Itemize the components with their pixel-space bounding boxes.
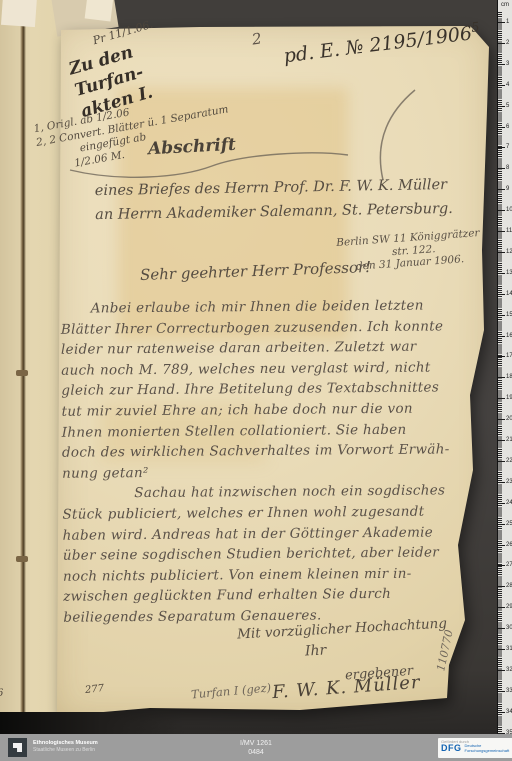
binding-stitch [16, 556, 28, 562]
body-line: doch des wirklichen Sachverhaltes im Vor… [62, 439, 464, 463]
ruler-cm-number: 20 [506, 416, 512, 422]
ruler-cm-tick [498, 189, 505, 190]
ruler-cm-number: 13 [506, 270, 512, 276]
ruler-cm-tick [498, 210, 505, 211]
ruler-cm-number: 15 [506, 312, 512, 318]
ruler-cm-tick [498, 545, 505, 546]
ruler-cm-number: 29 [506, 604, 512, 610]
ruler-cm-tick [498, 419, 505, 420]
ruler-cm-number: 24 [506, 500, 512, 506]
ruler-cm-tick [498, 356, 505, 357]
ruler-unit-label: cm [501, 2, 509, 8]
ruler-cm-tick [498, 440, 505, 441]
binding-stitch [16, 370, 28, 376]
ruler-cm-tick [498, 315, 505, 316]
tape-fragment [85, 0, 114, 21]
ruler-cm-tick [498, 565, 505, 566]
ruler-cm-tick [498, 64, 505, 65]
pencil-page-number: 2 [251, 29, 263, 48]
paragraph-2: Sachau hat inzwischen noch ein sogdische… [62, 481, 465, 629]
ruler-cm-tick [498, 607, 505, 608]
ruler-cm-tick [498, 586, 505, 587]
ruler-cm-tick [498, 628, 505, 629]
book-edge-shadow [0, 712, 185, 736]
ruler-cm-tick [498, 524, 505, 525]
dfg-acronym: DFG [441, 744, 462, 753]
ruler-cm-number: 28 [506, 583, 512, 589]
ruler-cm-number: 22 [506, 458, 512, 464]
ruler-cm-tick [498, 670, 505, 671]
ruler-cm-number: 8 [506, 165, 509, 171]
ruler-cm-tick [498, 482, 505, 483]
ruler-cm-number: 6 [506, 124, 509, 130]
ruler-cm-number: 34 [506, 709, 512, 715]
ruler-cm-number: 3 [506, 61, 509, 67]
closing-ihr: Ihr [305, 642, 327, 659]
shelfmark-line1: I/MV 1261 [0, 739, 512, 748]
body-line: Stück publiciert, welches er Ihnen wohl … [62, 501, 464, 525]
ruler-cm-number: 10 [506, 207, 512, 213]
ruler-cm-number: 2 [506, 40, 509, 46]
recipient-description: eines Briefes des Herrn Prof. Dr. F. W. … [95, 173, 453, 227]
body-line: tut mir zuviel Ehre an; ich habe doch nu… [61, 398, 463, 422]
ruler-cm-number: 9 [506, 186, 509, 192]
ruler-cm-tick [498, 22, 505, 23]
ruler-cm-tick [498, 85, 505, 86]
ruler-cm-number: 7 [506, 144, 509, 150]
ruler-cm-number: 18 [506, 374, 512, 380]
dfg-logo: DFG Deutsche Forschungsgemeinschaft [441, 744, 511, 753]
ruler-cm-number: 25 [506, 521, 512, 527]
ruler-cm-tick [498, 294, 505, 295]
body-line: noch nichts publiciert. Von einem kleine… [63, 563, 465, 587]
ruler-cm-number: 30 [506, 625, 512, 631]
registry-superscript: 5 [470, 20, 480, 36]
ruler-cm-tick [498, 147, 505, 148]
ruler-mm-ticks [498, 12, 502, 734]
ruler-cm-tick [498, 168, 505, 169]
ruler-cm-tick [498, 691, 505, 692]
ruler-cm-tick [498, 231, 505, 232]
shelfmark-id: I/MV 1261 0484 [0, 739, 512, 757]
ruler-cm-tick [498, 106, 505, 107]
ruler-cm-number: 17 [506, 353, 512, 359]
dfg-full-name: Deutsche Forschungsgemeinschaft [465, 744, 505, 753]
scanned-letter-page: Pr 11/1.06. Zu denTurfan-akten I. 1, Ori… [0, 0, 512, 761]
ruler-cm-tick [498, 377, 505, 378]
ruler-cm-number: 26 [506, 542, 512, 548]
folio-number: 277 [84, 683, 104, 696]
ruler-cm-tick [498, 461, 505, 462]
ruler-cm-number: 31 [506, 646, 512, 652]
cm-ruler: cm 1234567891011121314151617181920212223… [497, 0, 512, 735]
ruler-cm-number: 4 [506, 82, 509, 88]
dfg-funding-card: Gefördert durch DFG Deutsche Forschungsg… [438, 738, 512, 758]
ruler-cm-number: 1 [506, 19, 509, 25]
tape-fragment [1, 0, 37, 27]
ruler-cm-tick [498, 43, 505, 44]
ruler-cm-tick [498, 398, 505, 399]
partial-margin-number: 6 [0, 688, 3, 699]
ruler-cm-tick [498, 649, 505, 650]
shelfmark-line2: 0484 [0, 748, 512, 757]
ruler-cm-tick [498, 336, 505, 337]
body-line: Anbei erlaube ich mir Ihnen die beiden l… [61, 295, 463, 319]
ruler-cm-number: 19 [506, 395, 512, 401]
ruler-cm-number: 12 [506, 249, 512, 255]
pencil-stroke [365, 85, 425, 185]
ruler-cm-tick [498, 127, 505, 128]
binding-crease [20, 0, 26, 722]
ruler-cm-tick [498, 712, 505, 713]
ruler-cm-number: 5 [506, 103, 509, 109]
digitization-footer: Ethnologisches Museum Staatliche Museen … [0, 734, 512, 761]
ruler-cm-tick [498, 252, 505, 253]
paragraph-1: Anbei erlaube ich mir Ihnen die beiden l… [61, 295, 465, 484]
ruler-cm-number: 32 [506, 667, 512, 673]
ruler-cm-tick [498, 273, 505, 274]
letter-body: Anbei erlaube ich mir Ihnen die beiden l… [61, 295, 466, 628]
ruler-cm-number: 16 [506, 333, 512, 339]
ruler-cm-number: 27 [506, 562, 512, 568]
ruler-cm-number: 23 [506, 479, 512, 485]
ruler-cm-number: 14 [506, 291, 512, 297]
ruler-cm-number: 11 [506, 228, 512, 234]
ruler-cm-number: 21 [506, 437, 512, 443]
ruler-cm-number: 33 [506, 688, 512, 694]
ruler-cm-tick [498, 503, 505, 504]
